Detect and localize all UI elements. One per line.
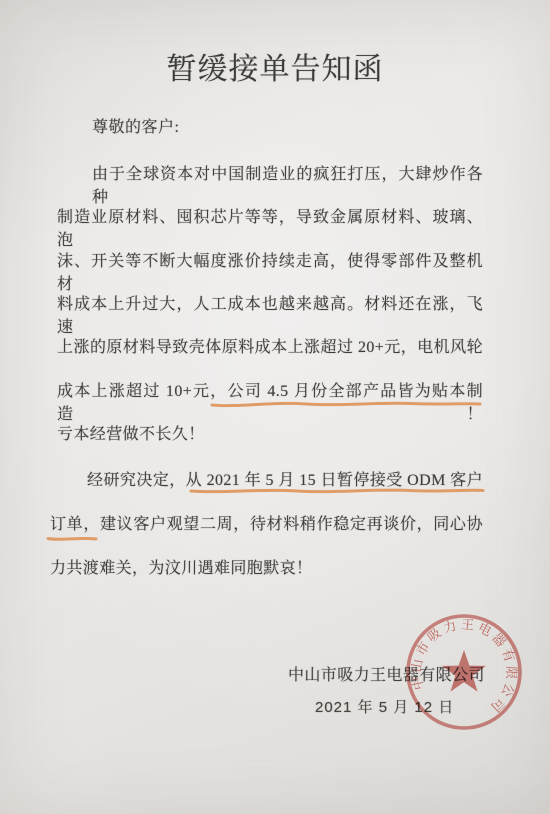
body-line: 订单，建议客户观望二周，待材料稍作稳定再谈价，同心协 — [50, 511, 483, 535]
scanned-notice-page: 暂缓接单告知函 尊敬的客户: 由于全球资本对中国制造业的疯狂打压，大肆炒作各种 … — [0, 0, 550, 814]
body-line: 制造业原材料、囤积芯片等等，导致金属原材料、玻璃、泡 — [57, 204, 483, 228]
body-line: 上涨的原材料导致壳体原料成本上涨超过 20+元，电机风轮 — [57, 334, 483, 358]
body-line: 由于全球资本对中国制造业的疯狂打压，大肆炒作各种 — [57, 161, 483, 185]
body-line: 料成本上升过大，人工成本也越来越高。材料还在涨，飞速 — [57, 291, 483, 315]
body-line: 沫、开关等不断大幅度涨价持续走高，使得零部件及整机材 — [57, 248, 483, 272]
company-seal-stamp: 中山市吸力王电器有限公司 — [394, 602, 534, 742]
body-line: 经研究决定，从 2021 年 5 月 15 日暂停接受 ODM 客户 — [50, 467, 483, 491]
salutation: 尊敬的客户: — [92, 114, 179, 137]
body-line: 力共渡难关，为汶川遇难同胞默哀！ — [50, 555, 483, 579]
seal-star-icon — [442, 650, 486, 692]
document-title: 暂缓接单告知函 — [0, 44, 550, 88]
body-line: 亏本经营做不长久！ — [57, 421, 483, 445]
body-line: 成本上涨超过 10+元，公司 4.5 月份全部产品皆为贴本制造！ — [57, 378, 483, 402]
